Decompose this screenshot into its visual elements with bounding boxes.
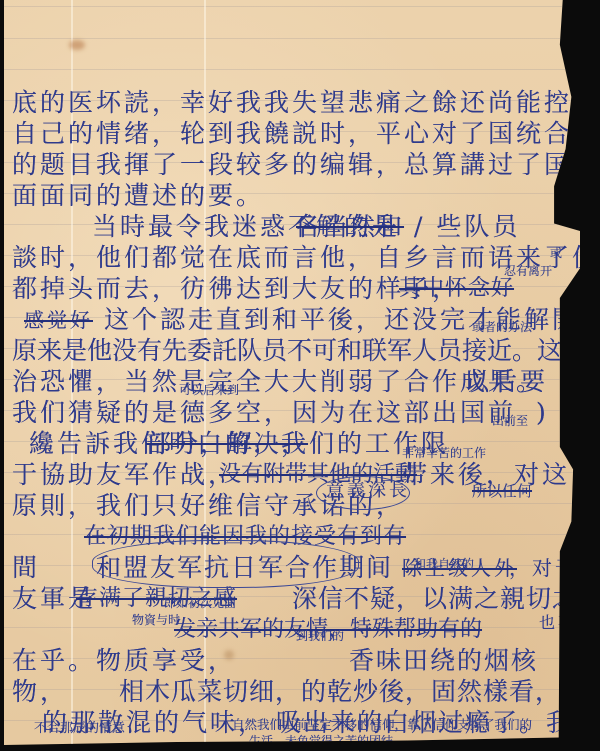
text-continuation: ) 上 [536,398,588,428]
text-continuation: 香味田绕的烟核 [349,646,538,676]
margin-note: 即如初次见面 [164,596,236,610]
text-line-13: 于協助友军作战， [12,460,236,490]
struck-text: 部分，解决， [146,429,308,459]
text-line-1: 底的医坏読，幸好我我失望悲痛之餘还尚能控制 [12,88,600,118]
struck-text: 各当然和 [296,212,404,242]
struck-text: 其中怀念好 [399,274,514,304]
text-line-4: 面面同的遭述的要。 [12,181,264,211]
margin-note: 不合那辰的情意 [34,722,125,736]
margin-note: 非常辛苦的工作 [402,446,486,460]
manuscript-page: 底的医坏読，幸好我我失望悲痛之餘还尚能控制 自己的情绪，轮到我饒説时，平心对了国… [4,0,580,745]
text-continuation: 相木瓜菜切细，的乾炒後，固然樣看，吸 [119,677,587,707]
margin-note: 或 [550,246,562,260]
text-line-9: 原来是他没有先委託队员不可和联军人员接近。这种政 [12,336,600,366]
footer-note: 生活，未免觉得之苦的团结。 [249,734,405,748]
text-continuation: 深信不疑，以满之親切之感 [292,584,600,614]
text-line-3: 的题目我揮了一段较多的编辑，总算講过了国共一两 [12,150,600,180]
insertion-text: 意義深長 [326,479,410,503]
margin-note: 到我们的 [296,629,344,643]
margin-note: 忍有离开 [504,264,552,278]
text-line-2: 自己的情绪，轮到我饒説时，平心对了国统合作 [12,119,600,149]
ink-stain [69,40,85,50]
text-line-20: 物， [12,677,68,707]
margin-note: 和我自然的 [414,557,474,571]
scan-background: 底的医坏読，幸好我我失望悲痛之餘还尚能控制 自己的情绪，轮到我饒説时，平心对了国… [0,0,600,751]
struck-text: 感觉好 [24,305,93,335]
text-line-16: 間 [12,553,40,583]
insertion-balloon [92,540,359,588]
margin-note: 出前至 [492,414,528,428]
margin-note: 可以后来到 [179,383,239,397]
margin-note: 所以任何 [472,484,532,498]
margin-note: 物資与时 [132,613,180,627]
margin-note: 和 [559,190,571,204]
text-line-11: 我们猜疑的是德多空，因为在这部出国前 [12,398,516,428]
text-continuation: ，对于 [509,553,578,583]
margin-note: 或者的办法 [472,320,532,334]
text-line-7: 都掉头而去，彷彿达到大友的样子， [12,274,460,304]
text-line-19: 在乎。物质享受， [12,646,236,676]
footer-note: 自然我们由前坚定不移的信仰，靠了信仰支撑了我们的 [232,718,532,732]
text-continuation: / 些队员 [414,212,520,242]
text-continuation: 以后要 [464,367,548,397]
